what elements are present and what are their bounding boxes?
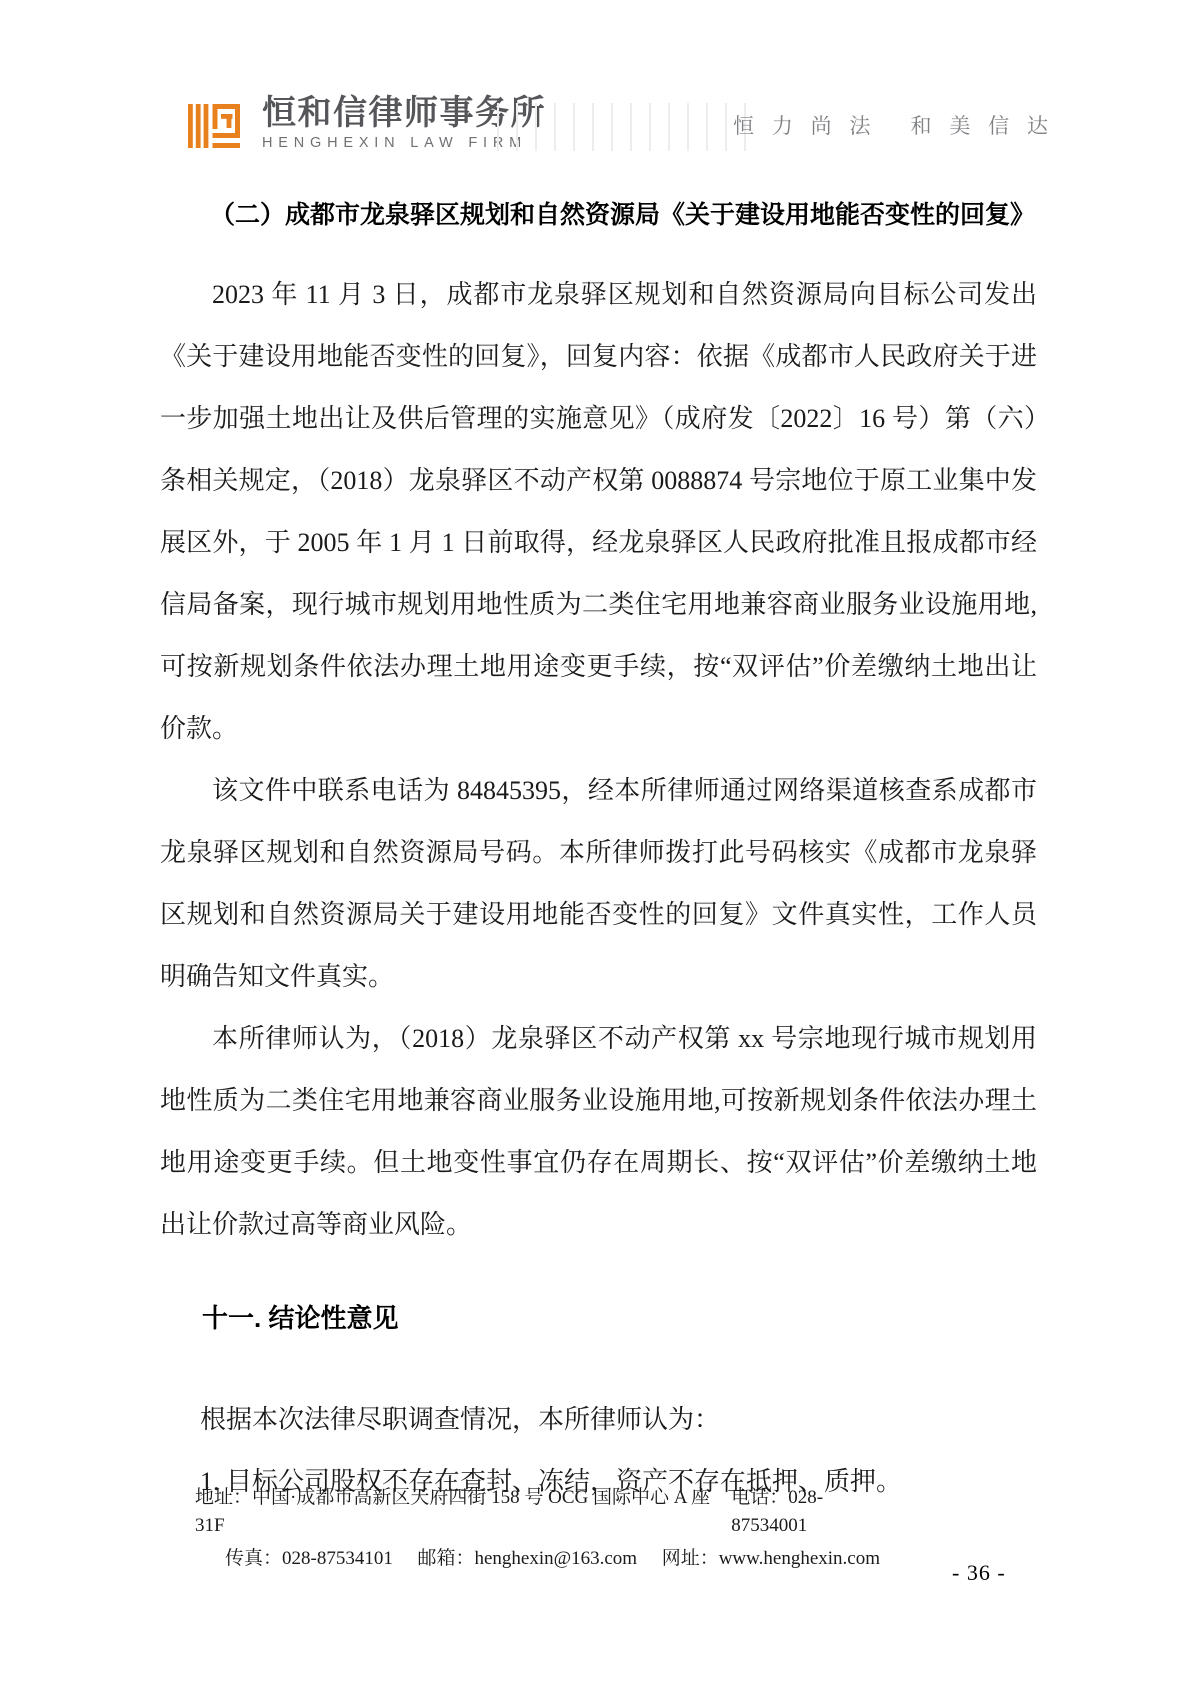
footer-website: 网址：www.henghexin.com — [662, 1545, 880, 1573]
footer-fax-label: 传真： — [225, 1548, 282, 1569]
slogan-right: 和 美 信 达 — [911, 110, 1055, 140]
footer-email-label: 邮箱： — [417, 1548, 474, 1569]
footer-email-value: henghexin@163.com — [474, 1548, 637, 1569]
page-number: - 36 - — [952, 1560, 1006, 1586]
paragraph-phone-verification: 该文件中联系电话为 84845395，经本所律师通过网络渠道核查系成都市龙泉驿区… — [160, 760, 1037, 1008]
footer-website-value: www.henghexin.com — [719, 1548, 880, 1569]
footer-address: 地址：中国·成都市高新区天府四街 158 号 OCG 国际中心 A 座 31F — [195, 1484, 731, 1540]
document-page: 恒和信律师事务所 HENGHEXIN LAW FIRM 恒 力 尚 法 和 美 … — [0, 0, 1190, 1683]
footer-fax: 传真：028-87534101 — [225, 1545, 393, 1573]
slogan-left: 恒 力 尚 法 — [733, 110, 877, 140]
footer-fax-value: 028-87534101 — [282, 1548, 393, 1569]
footer-address-value: 中国·成都市高新区天府四街 158 号 OCG 国际中心 A 座 31F — [195, 1487, 710, 1536]
firm-slogan: 恒 力 尚 法 和 美 信 达 — [733, 110, 1054, 140]
section-heading-conclusion: 十一. 结论性意见 — [160, 1298, 1037, 1335]
henghexin-logo-mark-icon — [188, 104, 240, 148]
header-stripe-decoration — [497, 103, 747, 151]
conclusion-intro: 根据本次法律尽职调查情况，本所律师认为： — [160, 1389, 1037, 1451]
footer-website-label: 网址： — [662, 1548, 719, 1569]
paragraph-reply-content: 2023 年 11 月 3 日，成都市龙泉驿区规划和自然资源局向目标公司发出《关… — [160, 264, 1037, 760]
footer-phone: 电话：028-87534001 — [731, 1484, 895, 1540]
section-title: （二）成都市龙泉驿区规划和自然资源局《关于建设用地能否变性的回复》 — [160, 196, 1037, 234]
footer-address-label: 地址： — [195, 1487, 252, 1508]
footer-row-2: 传真：028-87534101 邮箱：henghexin@163.com 网址：… — [225, 1545, 880, 1573]
letterhead-footer: 地址：中国·成都市高新区天府四街 158 号 OCG 国际中心 A 座 31F … — [195, 1484, 895, 1573]
footer-email: 邮箱：henghexin@163.com — [417, 1545, 637, 1573]
document-content: （二）成都市龙泉驿区规划和自然资源局《关于建设用地能否变性的回复》 2023 年… — [160, 196, 1037, 1513]
footer-phone-label: 电话： — [731, 1487, 788, 1508]
paragraph-lawyer-opinion: 本所律师认为，（2018）龙泉驿区不动产权第 xx 号宗地现行城市规划用地性质为… — [160, 1008, 1037, 1256]
footer-row-1: 地址：中国·成都市高新区天府四街 158 号 OCG 国际中心 A 座 31F … — [195, 1484, 895, 1540]
